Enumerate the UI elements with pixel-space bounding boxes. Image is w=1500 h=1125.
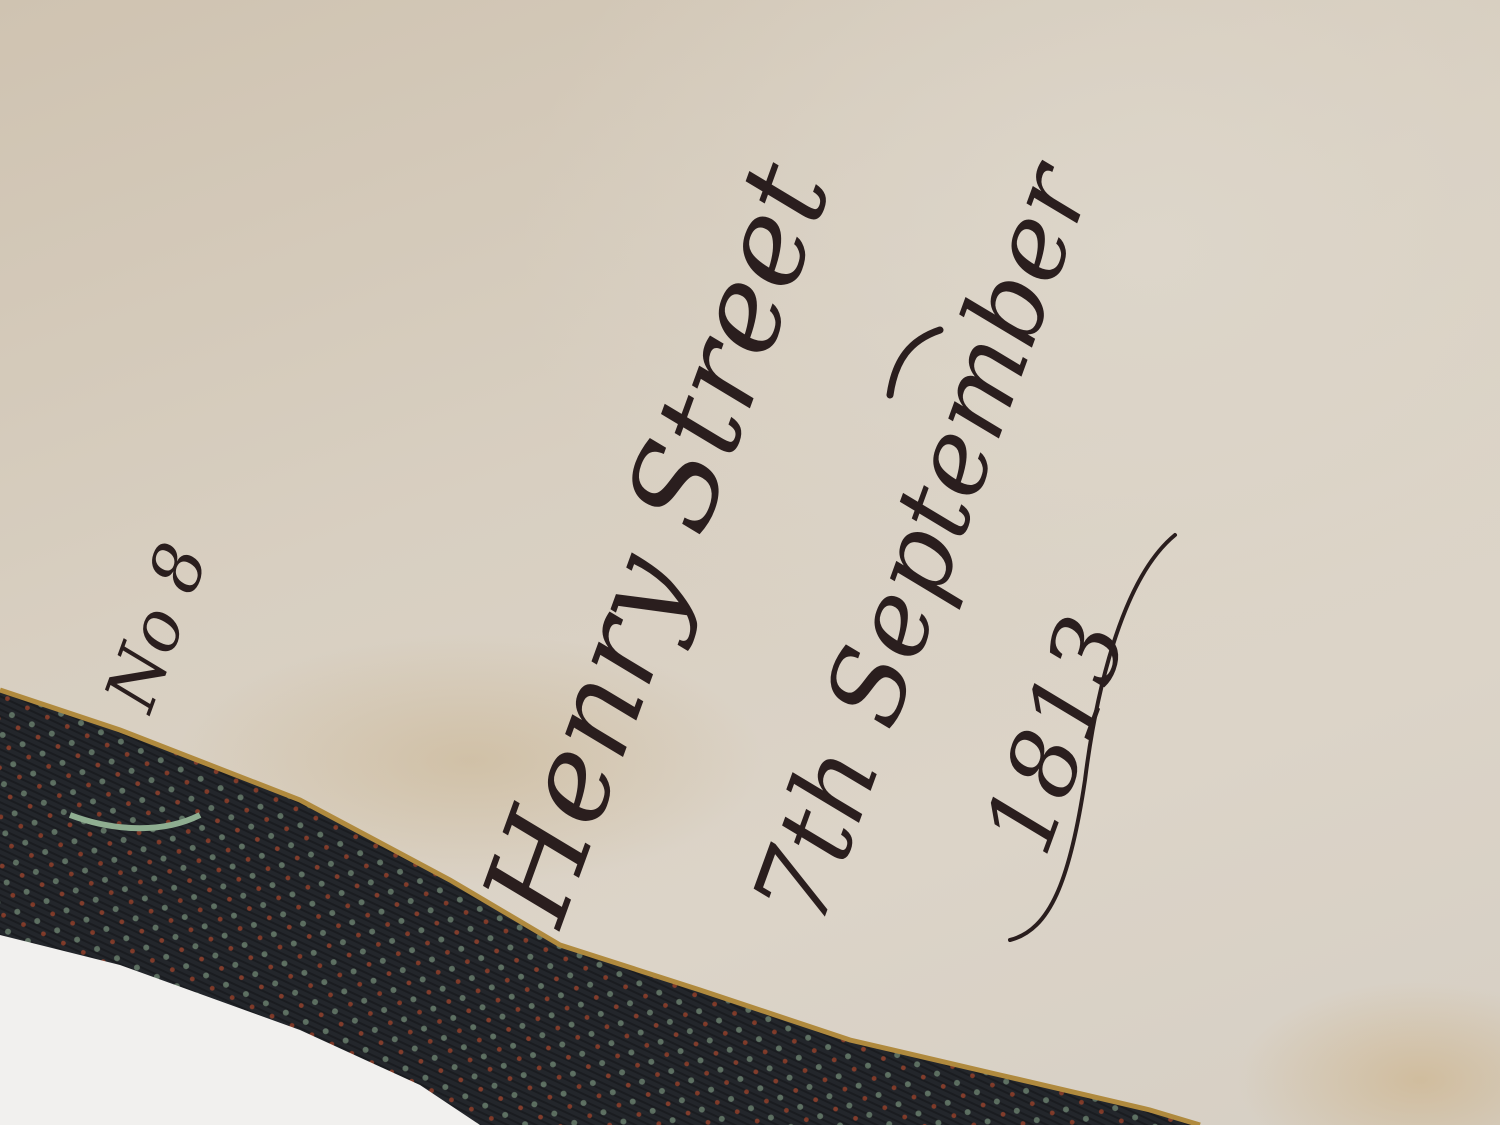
inscription-number: No 8 xyxy=(88,533,224,723)
inscription-year: 1813 xyxy=(963,603,1149,868)
handwritten-inscription: No 8 Henry Street 7th September 1813 xyxy=(0,0,1500,1125)
